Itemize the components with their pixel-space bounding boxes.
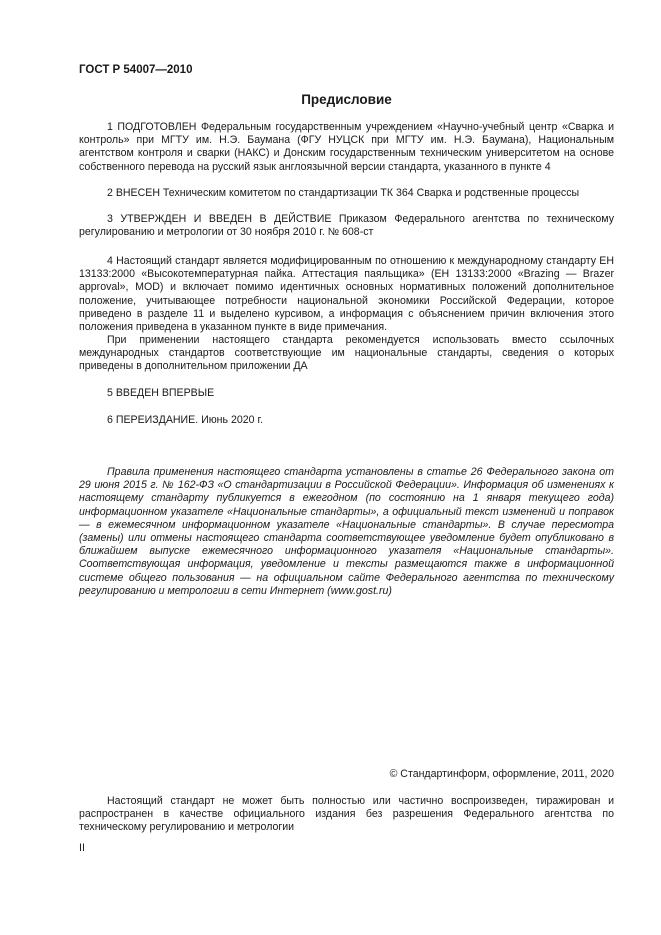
foreword-item-4: 4 Настоящий стандарт является модифициро… — [79, 255, 614, 334]
application-rules-notice: Правила применения настоящего стандарта … — [79, 466, 614, 598]
copyright: © Стандартинформ, оформление, 2011, 2020 — [390, 768, 614, 780]
foreword-item-3: 3 УТВЕРЖДЕН И ВВЕДЕН В ДЕЙСТВИЕ Приказом… — [79, 213, 614, 239]
foreword-item-1: 1 ПОДГОТОВЛЕН Федеральным государственны… — [79, 121, 614, 174]
page-title: Предисловие — [79, 92, 614, 107]
foreword-item-6: 6 ПЕРЕИЗДАНИЕ. Июнь 2020 г. — [79, 414, 614, 427]
document-page: ГОСТ Р 54007—2010 Предисловие 1 ПОДГОТОВ… — [0, 0, 661, 935]
foreword-item-2: 2 ВНЕСЕН Техническим комитетом по станда… — [79, 187, 614, 200]
foreword-item-5: 5 ВВЕДЕН ВПЕРВЫЕ — [79, 387, 614, 400]
document-id: ГОСТ Р 54007—2010 — [79, 64, 192, 76]
foreword-item-4-note: При применении настоящего стандарта реко… — [79, 334, 614, 374]
page-number: II — [79, 842, 85, 854]
reproduction-notice: Настоящий стандарт не может быть полност… — [79, 795, 614, 835]
